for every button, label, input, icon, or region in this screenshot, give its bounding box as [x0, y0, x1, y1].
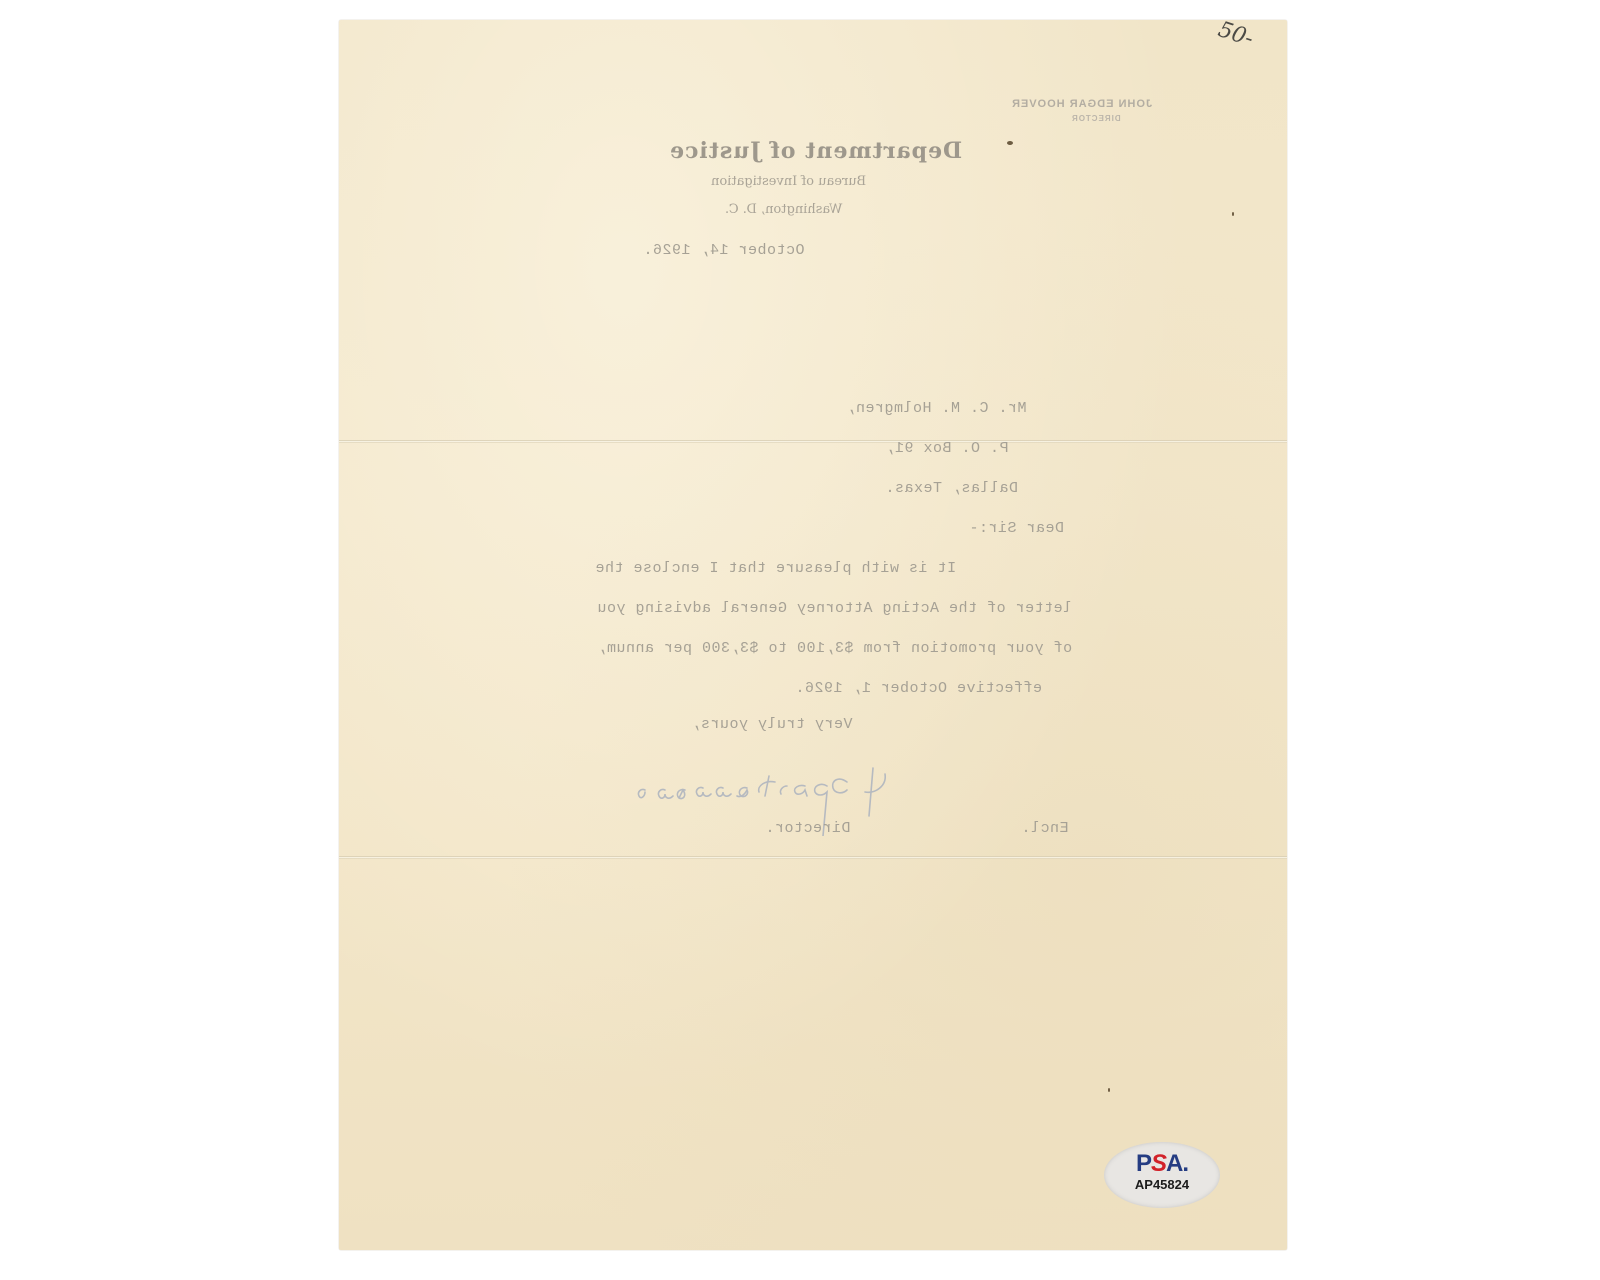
letterhead-city: Washington, D. C. — [725, 202, 842, 217]
recipient-address-2: Dallas, Texas. — [885, 480, 1018, 497]
ink-spot — [1232, 212, 1234, 216]
ink-spot — [1108, 1088, 1110, 1092]
body-line: of your promotion from $3,100 to $3,300 … — [597, 640, 1072, 657]
director-header-name: JOHN EDGAR HOOVER — [1011, 98, 1152, 110]
letter-page: 50- JOHN EDGAR HOOVER DIRECTOR Departmen… — [339, 20, 1287, 1250]
salutation: Dear Sir:- — [969, 520, 1064, 537]
psa-cert-number: AP45824 — [1104, 1177, 1220, 1193]
fold-line — [339, 440, 1287, 443]
body-line: letter of the Acting Attorney General ad… — [597, 600, 1072, 617]
enclosure-note: Encl. — [1021, 820, 1069, 837]
fold-line — [339, 856, 1287, 859]
recipient-address-1: P. O. Box 91, — [885, 440, 1009, 457]
recipient-name: Mr. C. M. Holmgren, — [846, 400, 1027, 417]
body-line: It is with pleasure that I enclose the — [595, 560, 956, 577]
psa-authentication-sticker: PSA. AP45824 — [1104, 1142, 1220, 1208]
closing: Very truly yours, — [691, 716, 853, 733]
body-line: effective October 1, 1926. — [795, 680, 1042, 697]
psa-logo: PSA. — [1104, 1151, 1220, 1177]
letterhead-title: Department of Justice — [669, 138, 962, 164]
ink-spot — [1007, 141, 1013, 145]
signer-title: Director. — [765, 820, 851, 837]
letterhead-bureau: Bureau of Investigation — [711, 174, 866, 189]
pencil-price-mark: 50- — [1215, 17, 1256, 52]
director-header-title: DIRECTOR — [1071, 114, 1121, 123]
letter-date: October 14, 1926. — [643, 242, 805, 259]
